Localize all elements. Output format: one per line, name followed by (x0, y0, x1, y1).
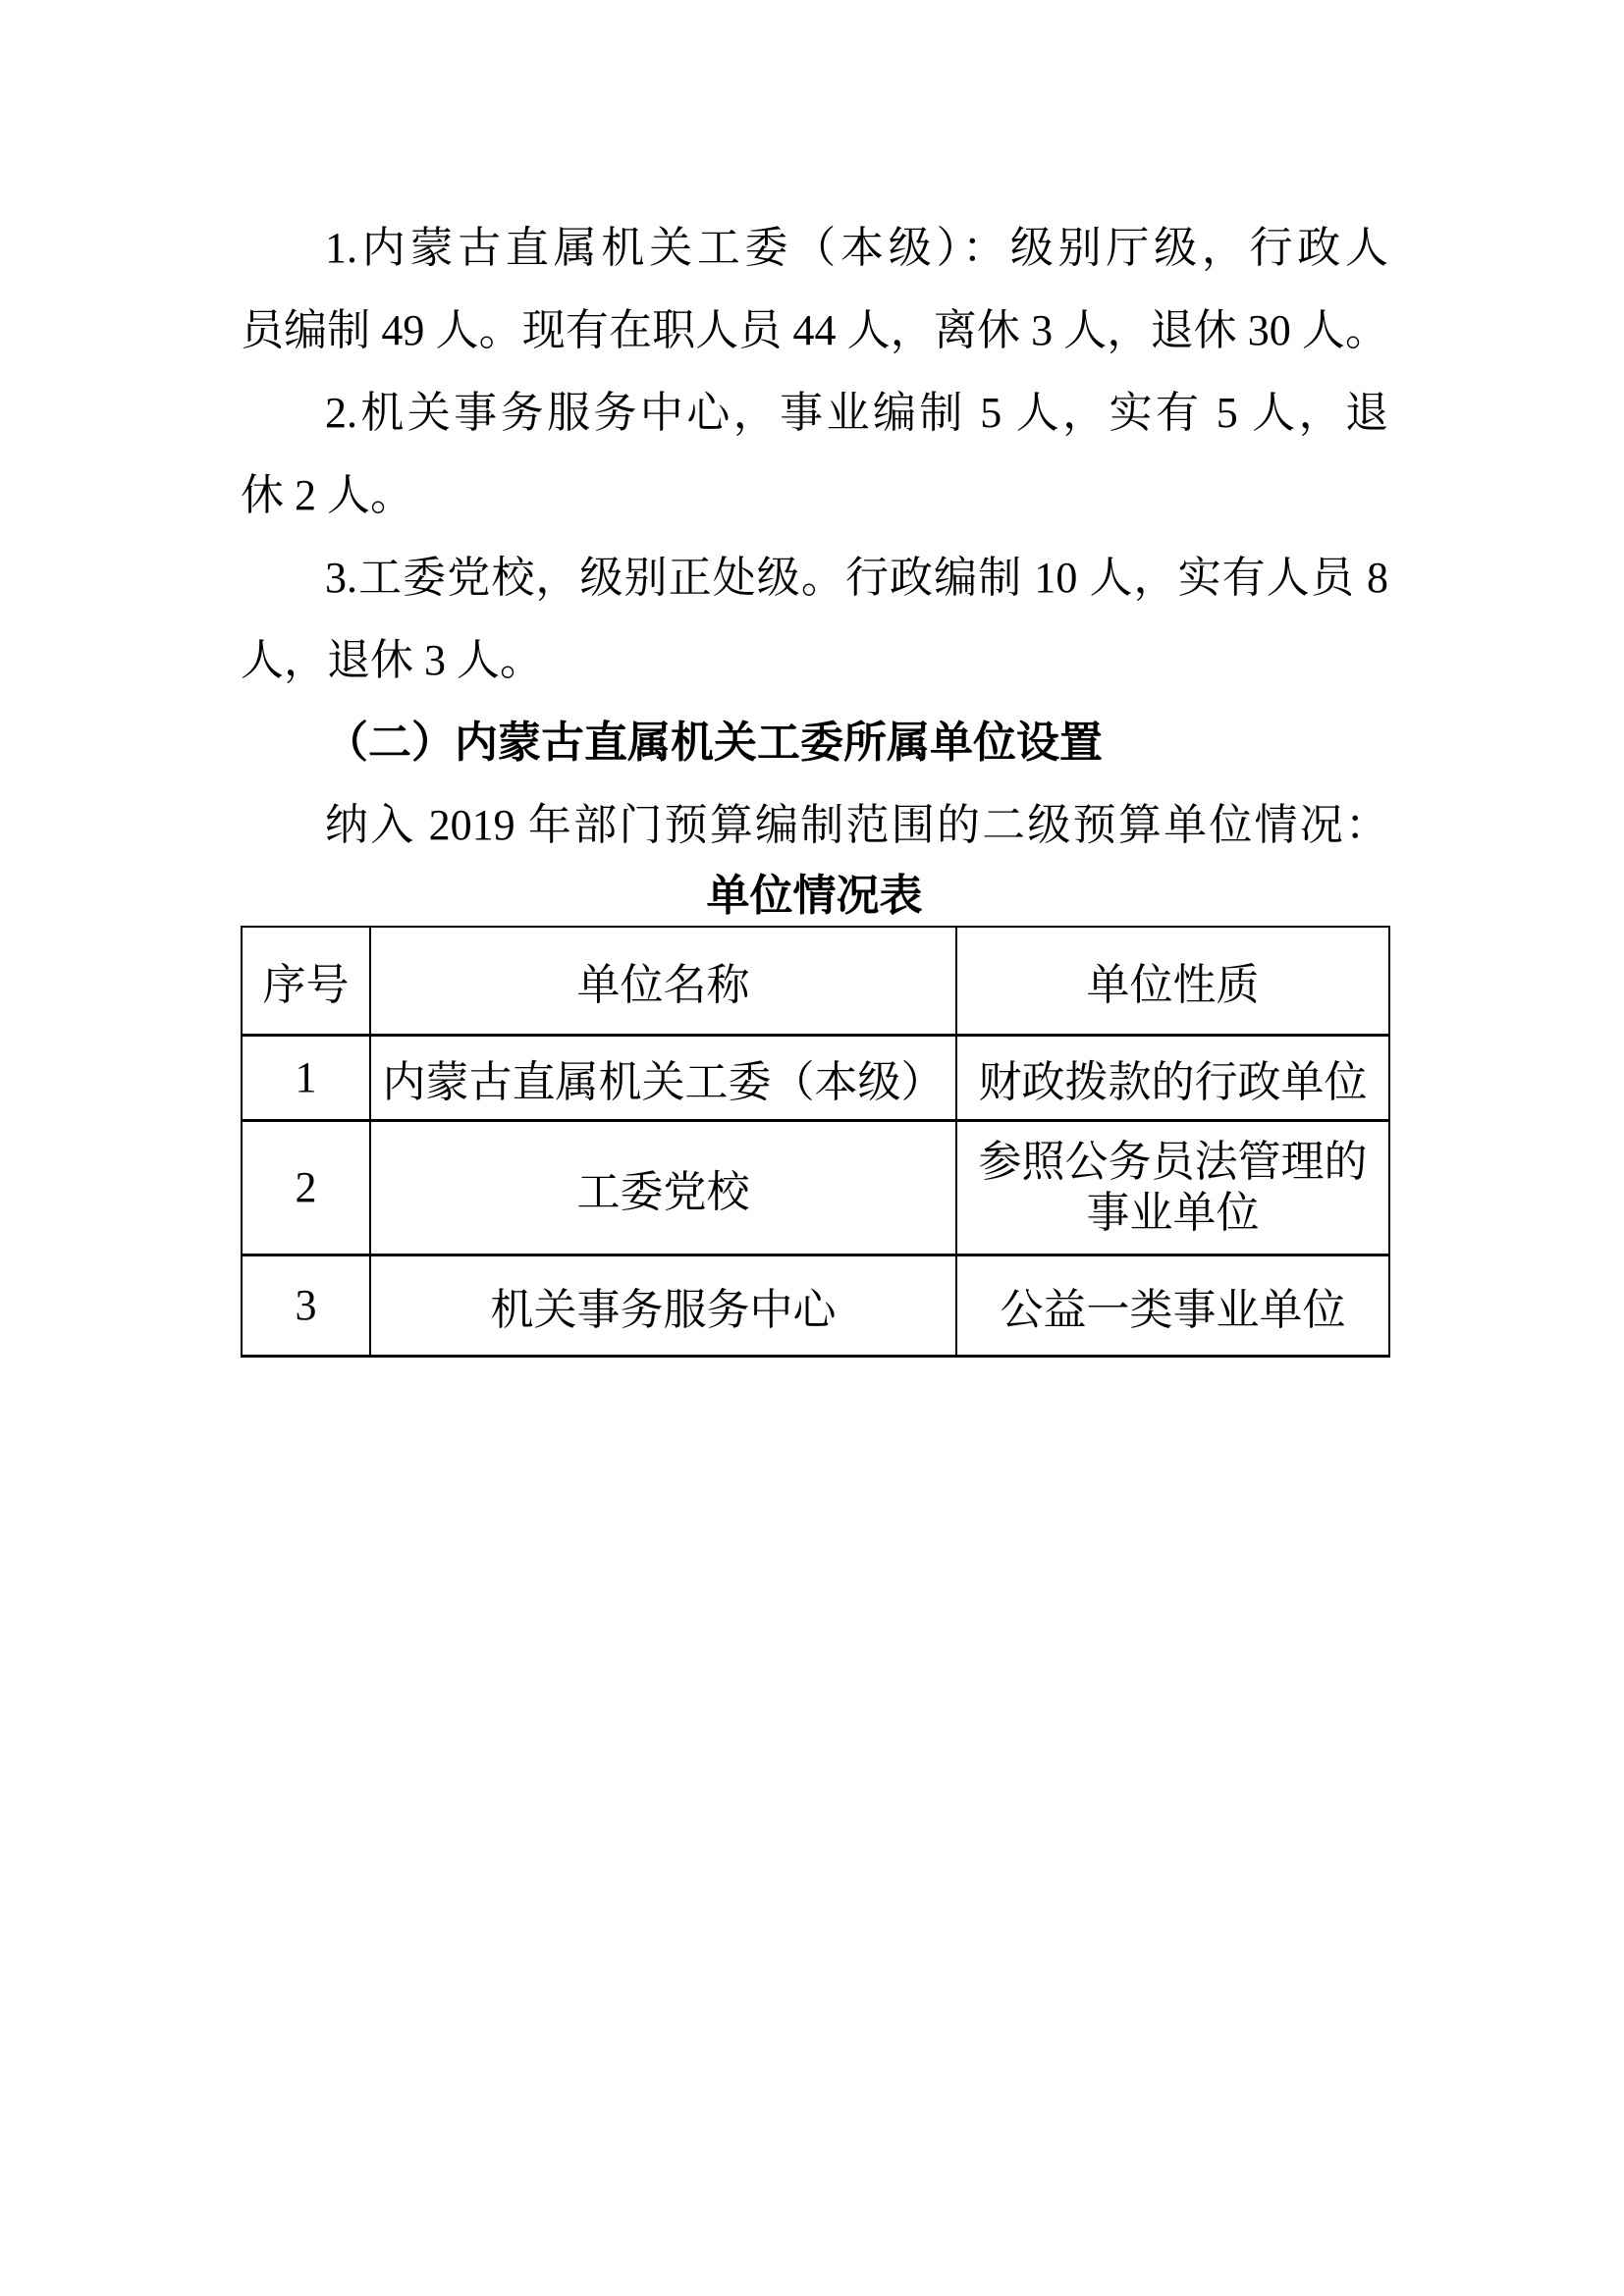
units-table: 序号 单位名称 单位性质 1 内蒙古直属机关工委（本级） 财政拨款的行政单位 2… (241, 926, 1390, 1358)
serial-cell: 1 (242, 1035, 370, 1120)
paragraph-line: 3.工委党校，级别正处级。行政编制 10 人，实有人员 8 (241, 537, 1388, 619)
body-text: 1.内蒙古直属机关工委（本级）：级别厅级，行政人 员编制 49 人。现有在职人员… (241, 207, 1388, 1358)
table-header-cell-unit-name: 单位名称 (370, 927, 956, 1035)
document-page: 1.内蒙古直属机关工委（本级）：级别厅级，行政人 员编制 49 人。现有在职人员… (0, 0, 1624, 2296)
paragraph-line: 1.内蒙古直属机关工委（本级）：级别厅级，行政人 (241, 207, 1388, 290)
unit-name-cell: 机关事务服务中心 (370, 1255, 956, 1356)
table-header-cell-unit-nature: 单位性质 (956, 927, 1389, 1035)
table-row: 3 机关事务服务中心 公益一类事业单位 (242, 1255, 1389, 1356)
table-header-row: 序号 单位名称 单位性质 (242, 927, 1389, 1035)
unit-name-cell: 工委党校 (370, 1120, 956, 1255)
paragraph-line: 2.机关事务服务中心，事业编制 5 人，实有 5 人，退 (241, 372, 1388, 454)
paragraph-line: 员编制 49 人。现有在职人员 44 人，离休 3 人，退休 30 人。 (241, 290, 1388, 372)
section-heading: （二）内蒙古直属机关工委所属单位设置 (241, 702, 1388, 784)
unit-nature-cell: 公益一类事业单位 (956, 1255, 1389, 1356)
paragraph-line: 人，退休 3 人。 (241, 619, 1388, 702)
paragraph-line: 休 2 人。 (241, 454, 1388, 537)
serial-cell: 2 (242, 1120, 370, 1255)
paragraph-line: 纳入 2019 年部门预算编制范围的二级预算单位情况： (241, 784, 1388, 867)
table-row: 1 内蒙古直属机关工委（本级） 财政拨款的行政单位 (242, 1035, 1389, 1120)
table-title: 单位情况表 (241, 867, 1388, 926)
table-row: 2 工委党校 参照公务员法管理的 事业单位 (242, 1120, 1389, 1255)
unit-nature-cell: 财政拨款的行政单位 (956, 1035, 1389, 1120)
unit-name-cell: 内蒙古直属机关工委（本级） (370, 1035, 956, 1120)
table-header-cell-serial: 序号 (242, 927, 370, 1035)
unit-nature-cell: 参照公务员法管理的 事业单位 (956, 1120, 1389, 1255)
serial-cell: 3 (242, 1255, 370, 1356)
